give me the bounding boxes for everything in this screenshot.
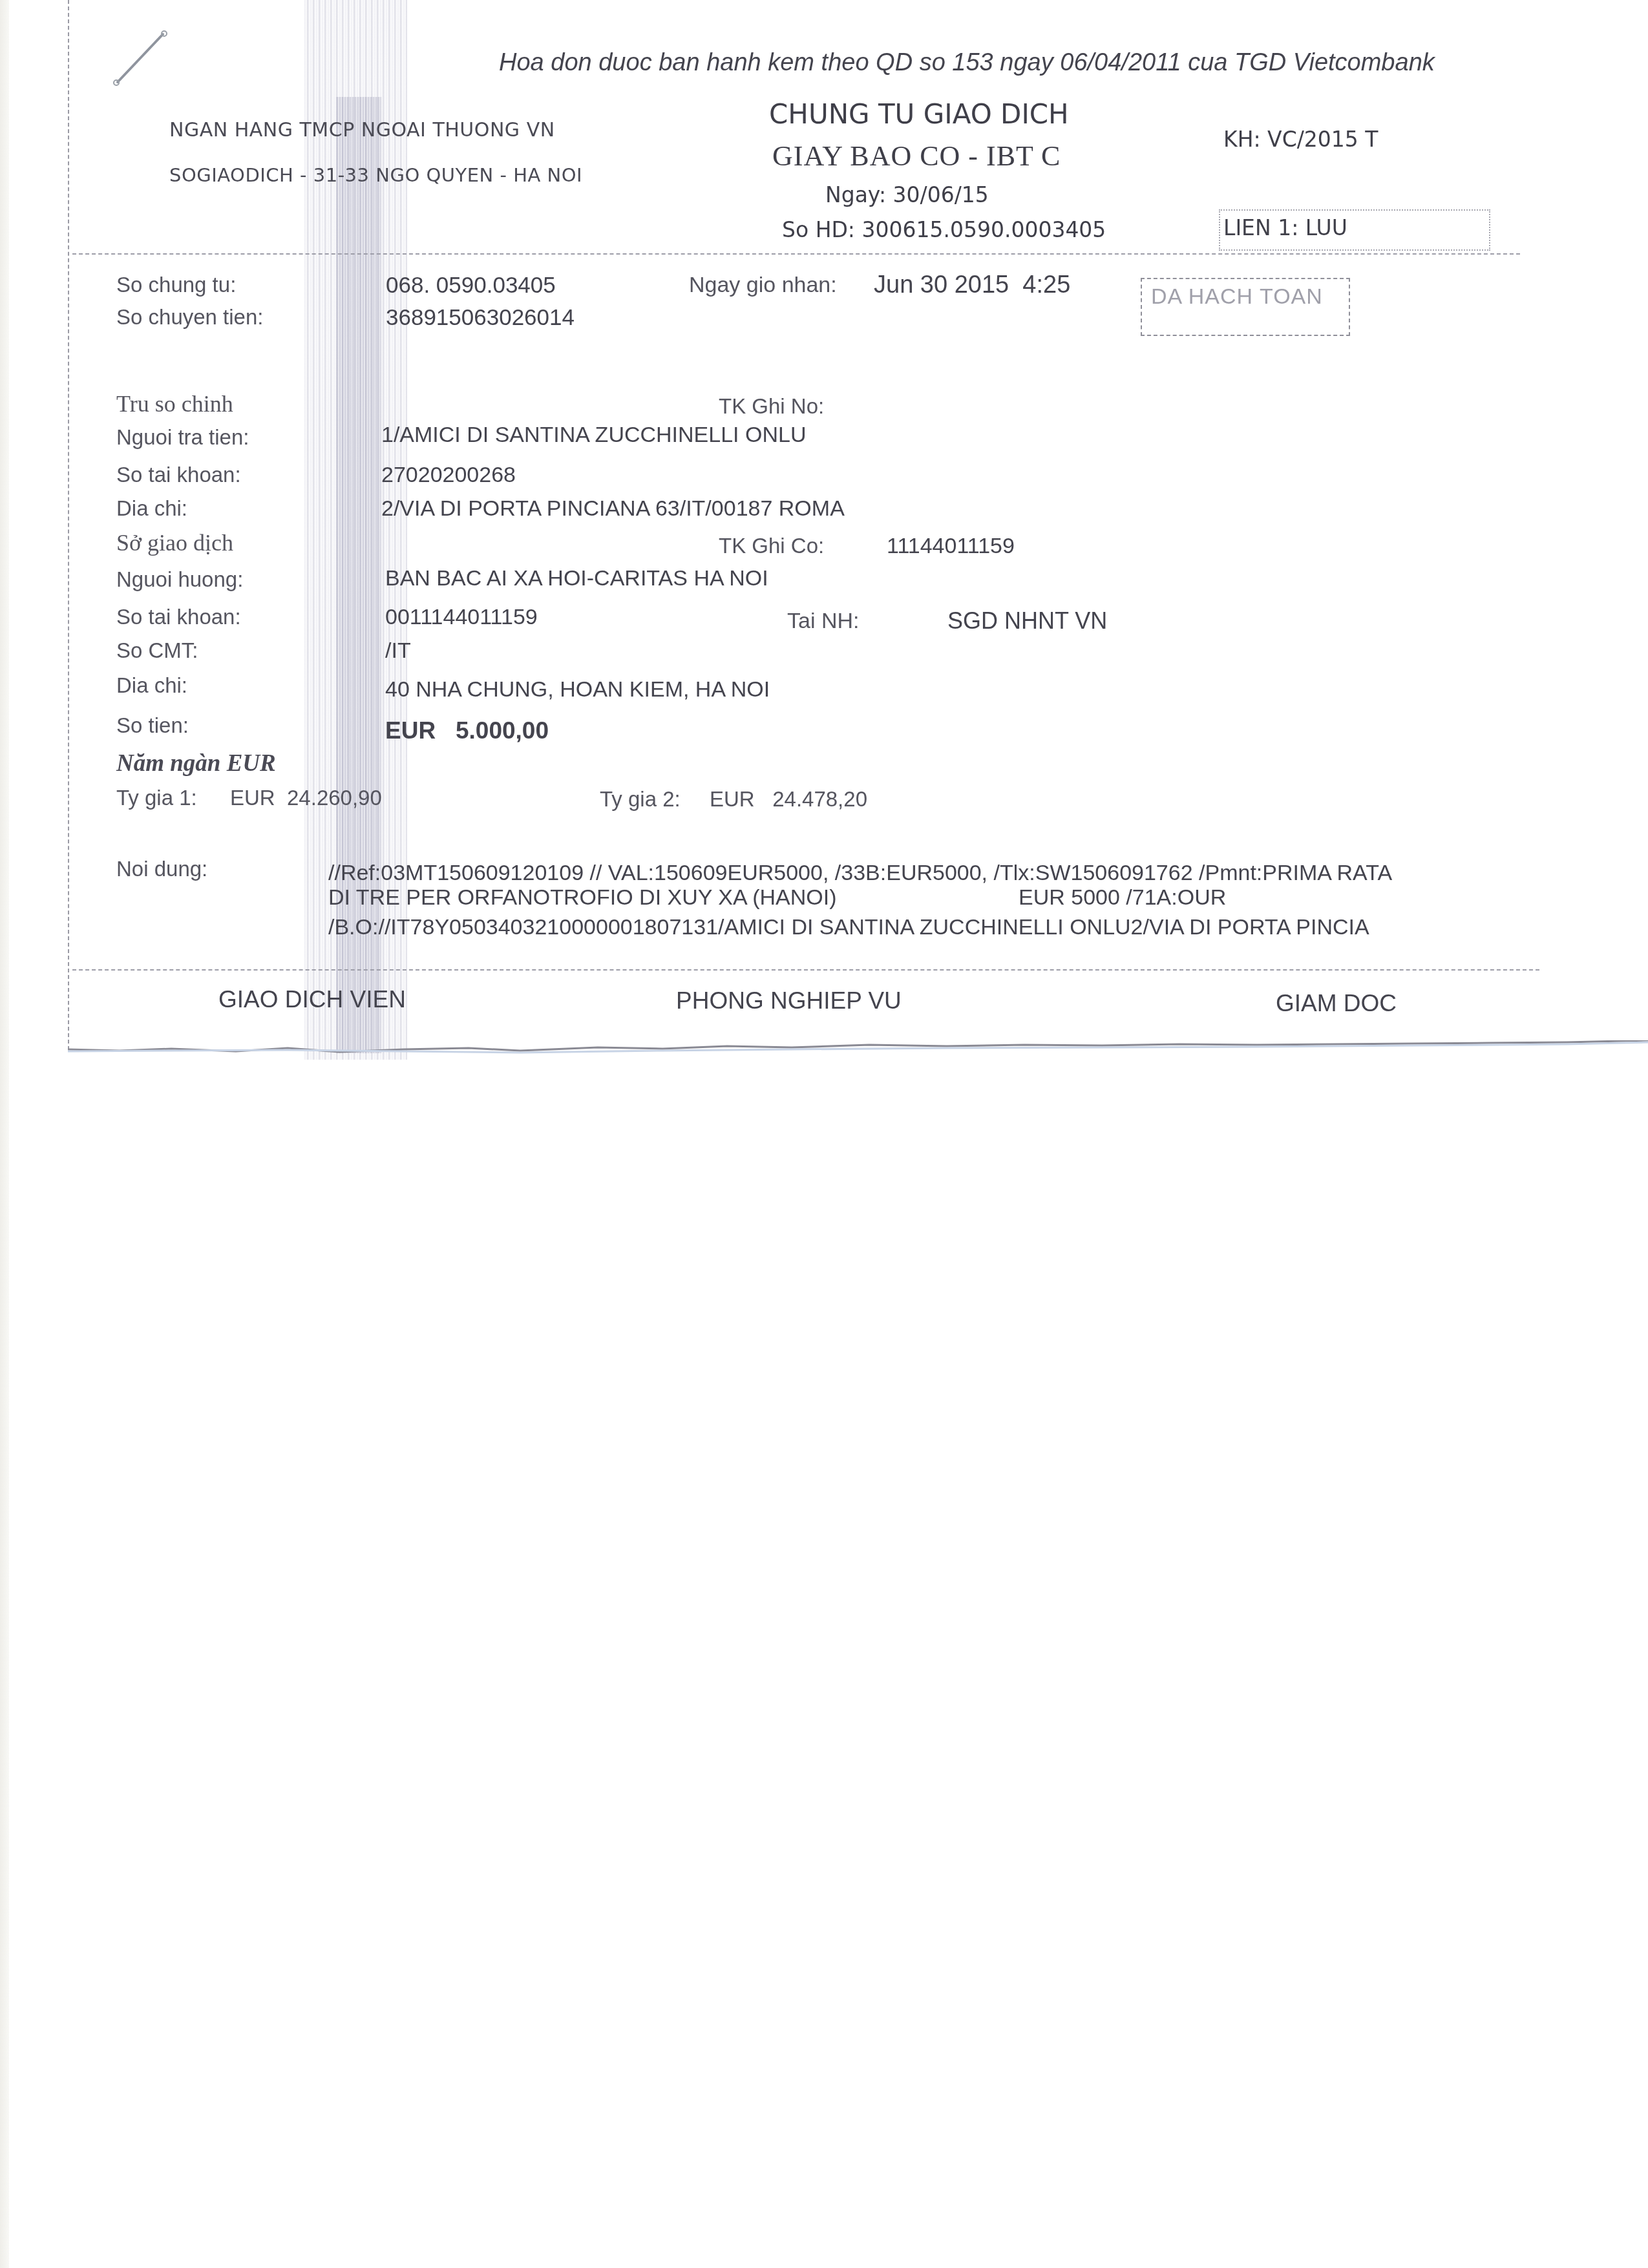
content-line-1: //Ref:03MT150609120109 // VAL:150609EUR5…	[328, 861, 1392, 886]
rate1-label: Ty gia 1:	[116, 786, 197, 810]
torn-paper-edge	[68, 1040, 1648, 1057]
header-divider	[72, 253, 1520, 255]
posted-stamp-text: DA HACH TOAN	[1151, 284, 1323, 310]
tk-ghi-co-value: 11144011159	[887, 534, 1015, 559]
bank-branch: SOGIAODICH - 31-33 NGO QUYEN - HA NOI	[169, 164, 582, 186]
rate2-label: Ty gia 2:	[600, 787, 681, 812]
document-subtitle: GIAY BAO CO - IBT C	[772, 140, 1061, 173]
posted-stamp: DA HACH TOAN	[1141, 278, 1350, 336]
payee-account: 0011144011159	[385, 605, 538, 630]
content-label: Noi dung:	[116, 857, 207, 881]
staple-icon	[110, 29, 174, 87]
payer-address: 2/VIA DI PORTA PINCIANA 63/IT/00187 ROMA	[381, 496, 845, 521]
rate1-value: EUR 24.260,90	[230, 786, 382, 810]
payee-id-label: So CMT:	[116, 638, 198, 663]
so-chuyen-tien-label: So chuyen tien:	[116, 305, 264, 330]
scan-edge	[0, 0, 9, 2268]
signature-operations: PHONG NGHIEP VU	[676, 987, 902, 1014]
bank-name: NGAN HANG TMCP NGOAI THUONG VN	[169, 119, 555, 142]
so-chuyen-tien-value: 368915063026014	[386, 305, 575, 331]
payer-account-label: So tai khoan:	[116, 463, 241, 487]
header-note: Hoa don duoc ban hanh kem theo QD so 153…	[499, 49, 1435, 77]
payee-account-label: So tai khoan:	[116, 605, 241, 629]
payee-address-label: Dia chi:	[116, 673, 187, 698]
payer-address-label: Dia chi:	[116, 496, 187, 521]
amount-label: So tien:	[116, 713, 189, 738]
form-code: KH: VC/2015 T	[1223, 127, 1378, 152]
amount-value: EUR 5.000,00	[385, 717, 549, 744]
tk-ghi-no-label: TK Ghi No:	[719, 394, 824, 419]
payee-section-label: Sở giao dịch	[116, 529, 233, 556]
content-line-2a: DI TRE PER ORFANOTROFIO DI XUY XA (HANOI…	[328, 885, 837, 910]
payee-bank: SGD NHNT VN	[947, 607, 1107, 635]
ngay-gio-nhan-label: Ngay gio nhan:	[689, 273, 837, 298]
rate2-value: EUR 24.478,20	[710, 787, 867, 812]
invoice-number: So HD: 300615.0590.0003405	[782, 217, 1106, 242]
document-title: CHUNG TU GIAO DICH	[769, 98, 1069, 130]
so-chung-tu-label: So chung tu:	[116, 273, 236, 297]
payer-section-label: Tru so chinh	[116, 390, 233, 417]
document-left-border	[68, 0, 69, 1050]
content-line-2b: EUR 5000 /71A:OUR	[1019, 885, 1226, 910]
so-chung-tu-value: 068. 0590.03405	[386, 273, 556, 299]
ngay-gio-nhan-value: Jun 30 2015 4:25	[874, 271, 1070, 299]
payee-id: /IT	[385, 638, 411, 664]
copy-label: LIEN 1: LUU	[1223, 215, 1347, 240]
payer-name-label: Nguoi tra tien:	[116, 425, 249, 450]
content-line-3: /B.O://IT78Y0503403210000001807131/AMICI…	[328, 915, 1369, 940]
signature-director: GIAM DOC	[1276, 990, 1397, 1017]
amount-in-words: Năm ngàn EUR	[116, 750, 276, 777]
payee-name-label: Nguoi huong:	[116, 567, 243, 592]
payee-address: 40 NHA CHUNG, HOAN KIEM, HA NOI	[385, 677, 770, 702]
signature-teller: GIAO DICH VIEN	[218, 986, 406, 1013]
payee-bank-label: Tai NH:	[787, 609, 859, 634]
payer-account: 27020200268	[381, 463, 516, 488]
document-date: Ngay: 30/06/15	[825, 182, 989, 207]
payee-name: BAN BAC AI XA HOI-CARITAS HA NOI	[385, 566, 768, 591]
footer-divider	[72, 969, 1539, 971]
payer-name: 1/AMICI DI SANTINA ZUCCHINELLI ONLU	[381, 423, 806, 448]
tk-ghi-co-label: TK Ghi Co:	[719, 534, 824, 558]
